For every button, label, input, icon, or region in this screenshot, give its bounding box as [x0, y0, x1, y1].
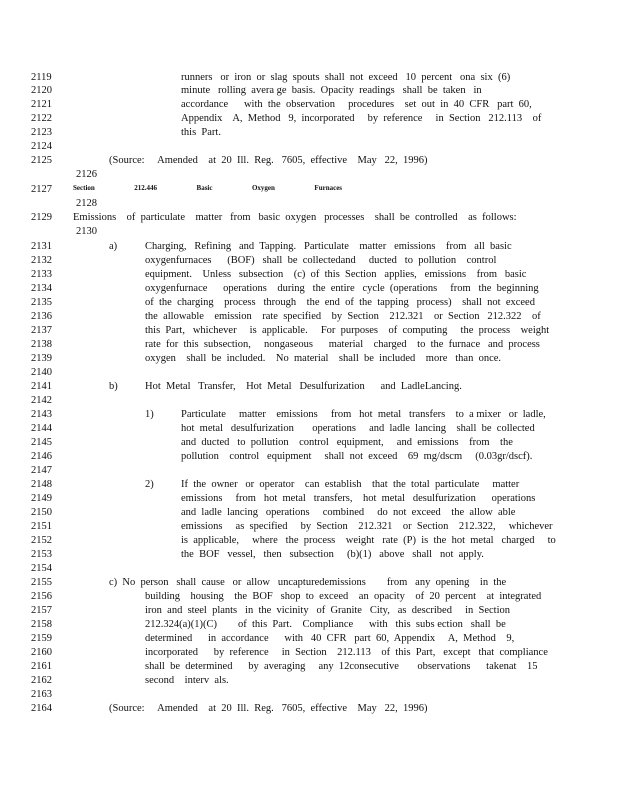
list-label: 2): [145, 479, 154, 490]
line-number: 2153: [31, 549, 52, 560]
line-number: 2122: [31, 113, 52, 124]
body-text-line: oxygenfurnace operations during the enti…: [145, 283, 539, 294]
line-number: 2155: [31, 577, 52, 588]
line-number: 2119: [31, 72, 52, 83]
body-text-line: building housing the BOF shop to exceed …: [145, 591, 541, 602]
body-text-line: iron and steel plants in the vicinity of…: [145, 605, 510, 616]
body-text-line: incorporated by reference in Section 212…: [145, 647, 548, 658]
line-number: 2135: [31, 297, 52, 308]
body-text-line: the BOF vessel, then subsection (b)(1) a…: [181, 549, 484, 560]
body-text-line: determined in accordance with 40 CFR par…: [145, 633, 514, 644]
line-number: 2139: [31, 353, 52, 364]
line-number: 2142: [31, 395, 52, 406]
body-text-line: 212.324(a)(1)(C) of this Part. Complianc…: [145, 619, 506, 630]
body-text-line: oxygen shall be included. No material sh…: [145, 353, 501, 364]
line-number: 2145: [31, 437, 52, 448]
line-number: 2143: [31, 409, 52, 420]
line-number: 2138: [31, 339, 52, 350]
line-number: 2146: [31, 451, 52, 462]
line-number: 2149: [31, 493, 52, 504]
line-number: 2144: [31, 423, 52, 434]
body-text-line: (Source: Amended at 20 Ill. Reg. 7605, e…: [109, 703, 428, 714]
list-label: b): [109, 381, 118, 392]
line-number: 2154: [31, 563, 52, 574]
line-number: 2140: [31, 367, 52, 378]
body-text-line: equipment. Unless subsection (c) of this…: [145, 269, 526, 280]
line-number: 2123: [31, 127, 52, 138]
body-text-line: pollution control equipment shall not ex…: [181, 451, 532, 462]
line-number: 2160: [31, 647, 52, 658]
line-number: 2125: [31, 155, 52, 166]
body-text-line: hot metal desulfurization operations and…: [181, 423, 535, 434]
body-text-line: and ducted to pollution control equipmen…: [181, 437, 513, 448]
list-label: a): [109, 241, 117, 252]
body-text-line: rate for this subsection, nongaseous mat…: [145, 339, 540, 350]
line-number: 2137: [31, 325, 52, 336]
body-text-line: Emissions of particulate matter from bas…: [73, 212, 517, 223]
body-text-line: (Source: Amended at 20 Ill. Reg. 7605, e…: [109, 155, 428, 166]
line-number: 2159: [31, 633, 52, 644]
body-text-line: emissions from hot metal transfers, hot …: [181, 493, 535, 504]
body-text-line: Particulate matter emissions from hot me…: [181, 409, 546, 420]
line-number: 2147: [31, 465, 52, 476]
line-number: 2151: [31, 521, 52, 532]
body-text-line: shall be determined by averaging any 12c…: [145, 661, 537, 672]
line-number: 2161: [31, 661, 52, 672]
body-text-line: oxygenfurnaces (BOF) shall be collecteda…: [145, 255, 496, 266]
body-text-line: is applicable, where the process weight …: [181, 535, 556, 546]
line-number: 2164: [31, 703, 52, 714]
body-text-line: accordance with the observation procedur…: [181, 99, 532, 110]
line-number: 2133: [31, 269, 52, 280]
line-number: 2156: [31, 591, 52, 602]
line-number: 2148: [31, 479, 52, 490]
body-text-line: Appendix A, Method 9, incorporated by re…: [181, 113, 541, 124]
line-number: 2129: [31, 212, 52, 223]
section-heading: Section 212.446 Basic Oxygen Furnaces: [73, 184, 342, 192]
line-number: 2157: [31, 605, 52, 616]
body-text-line: this Part.: [181, 127, 221, 138]
body-text-line: this Part, whichever is applicable. For …: [145, 325, 549, 336]
line-number: 2152: [31, 535, 52, 546]
body-text-line: Hot Metal Transfer, Hot Metal Desulfuriz…: [145, 381, 462, 392]
body-text-line: c) No person shall cause or allow uncapt…: [109, 577, 506, 588]
body-text-line: emissions as specified by Section 212.32…: [181, 521, 553, 532]
line-number: 2126: [76, 169, 97, 180]
line-number: 2136: [31, 311, 52, 322]
line-number: 2162: [31, 675, 52, 686]
body-text-line: minute rolling avera ge basis. Opacity r…: [181, 85, 482, 96]
line-number: 2130: [76, 226, 97, 237]
line-number: 2163: [31, 689, 52, 700]
list-label: 1): [145, 409, 154, 420]
body-text-line: of the charging process through the end …: [145, 297, 535, 308]
body-text-line: runners or iron or slag spouts shall not…: [181, 72, 510, 83]
body-text-line: the allowable emission rate specified by…: [145, 311, 541, 322]
body-text-line: Charging, Refining and Tapping. Particul…: [145, 241, 512, 252]
line-number: 2131: [31, 241, 52, 252]
line-number: 2132: [31, 255, 52, 266]
line-number: 2124: [31, 141, 52, 152]
line-number: 2141: [31, 381, 52, 392]
body-text-line: second interv als.: [145, 675, 229, 686]
line-number: 2128: [76, 198, 97, 209]
line-number: 2158: [31, 619, 52, 630]
body-text-line: If the owner or operator can establish t…: [181, 479, 519, 490]
line-number: 2121: [31, 99, 52, 110]
body-text-line: and ladle lancing operations combined do…: [181, 507, 515, 518]
line-number: 2150: [31, 507, 52, 518]
line-number: 2127: [31, 184, 52, 195]
line-number: 2120: [31, 85, 52, 96]
line-number: 2134: [31, 283, 52, 294]
